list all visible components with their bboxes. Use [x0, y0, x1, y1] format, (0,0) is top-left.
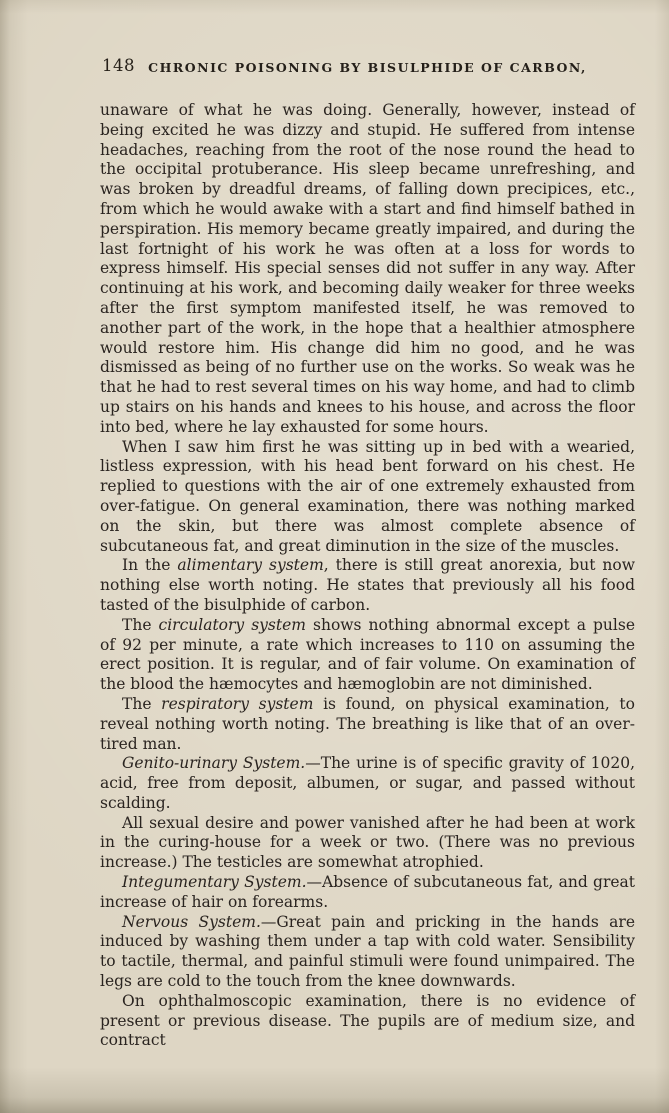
paragraph: Genito-urinary System.—The urine is of s… — [100, 754, 635, 813]
body-text: unaware of what he was doing. Generally,… — [100, 101, 635, 1051]
paragraph: unaware of what he was doing. Generally,… — [100, 101, 635, 438]
paragraph: Nervous System.—Great pain and pricking … — [100, 913, 635, 992]
paragraph: Integumentary System.—Absence of subcuta… — [100, 873, 635, 913]
running-header: CHRONIC POISONING BY BISULPHIDE OF CARBO… — [100, 57, 635, 75]
italic-term: Integumentary System. — [122, 873, 307, 891]
paragraph: On ophthalmoscopic examination, there is… — [100, 992, 635, 1051]
paragraph: When I saw him first he was sitting up i… — [100, 438, 635, 557]
text-run: In the — [122, 556, 177, 574]
page-header: 148 CHRONIC POISONING BY BISULPHIDE OF C… — [100, 57, 635, 81]
text-run: All sexual desire and power vanished aft… — [100, 814, 635, 872]
text-run: When I saw him first he was sitting up i… — [100, 438, 635, 555]
text-run: The — [122, 616, 159, 634]
italic-term: circulatory system — [159, 616, 306, 634]
italic-term: alimentary system — [177, 556, 323, 574]
italic-term: Genito-urinary System. — [122, 754, 305, 772]
paragraph: All sexual desire and power vanished aft… — [100, 814, 635, 873]
italic-term: respiratory system — [161, 695, 313, 713]
paragraph: The respiratory system is found, on phys… — [100, 695, 635, 754]
text-run: unaware of what he was doing. Generally,… — [100, 101, 635, 436]
text-run: On ophthalmoscopic examination, there is… — [100, 992, 635, 1050]
page-number: 148 — [102, 56, 135, 75]
text-run: The — [122, 695, 161, 713]
paragraph: The circulatory system shows nothing abn… — [100, 616, 635, 695]
paragraph: In the alimentary system, there is still… — [100, 556, 635, 615]
italic-term: Nervous System. — [122, 913, 261, 931]
